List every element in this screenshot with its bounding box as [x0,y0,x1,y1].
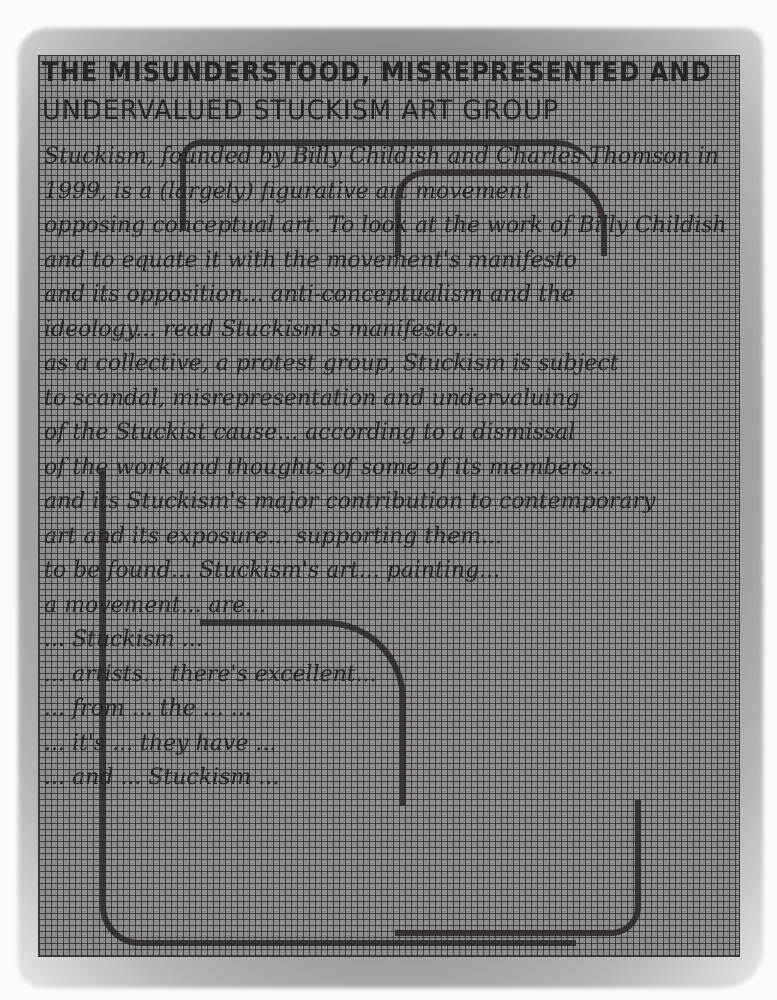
text-line: ideology... read Stuckism's manifesto... [44,313,734,348]
text-line: a movement... are... [44,589,734,624]
text-line: Stuckism, founded by Billy Childish and … [44,140,734,175]
text-line: opposing conceptual art. To look at the … [44,209,734,244]
text-line: and its Stuckism's major contribution to… [44,485,734,520]
text-line: ... it's ... they have ... [44,727,734,762]
text-line: ... artists... there's excellent... [44,658,734,693]
text-line: and to equate it with the movement's man… [44,244,734,279]
text-line: to scandal, misrepresentation and underv… [44,382,734,417]
title-line-1: THE MISUNDERSTOOD, MISREPRESENTED AND [42,57,665,88]
text-line: and its opposition... anti-conceptualism… [44,278,734,313]
drawn-path [395,800,641,936]
text-line: of the work and thoughts of some of its … [44,451,734,486]
text-line: to be found... Stuckism's art... paintin… [44,554,734,589]
text-line: ... Stuckism ... [44,623,734,658]
handwritten-text: Stuckism, founded by Billy Childish and … [44,140,734,796]
text-line: ... and ... Stuckism ... [44,761,734,796]
artwork-title: THE MISUNDERSTOOD, MISREPRESENTED AND UN… [38,55,738,133]
text-line: of the Stuckist cause... according to a … [44,416,734,451]
title-line-2: UNDERVALUED STUCKISM ART GROUP [42,95,699,126]
text-line: ... from ... the ... ... [44,692,734,727]
text-line: as a collective, a protest group, Stucki… [44,347,734,382]
text-line: art and its exposure... supporting them.… [44,520,734,555]
text-line: 1999, is a (largely) figurative art move… [44,175,734,210]
